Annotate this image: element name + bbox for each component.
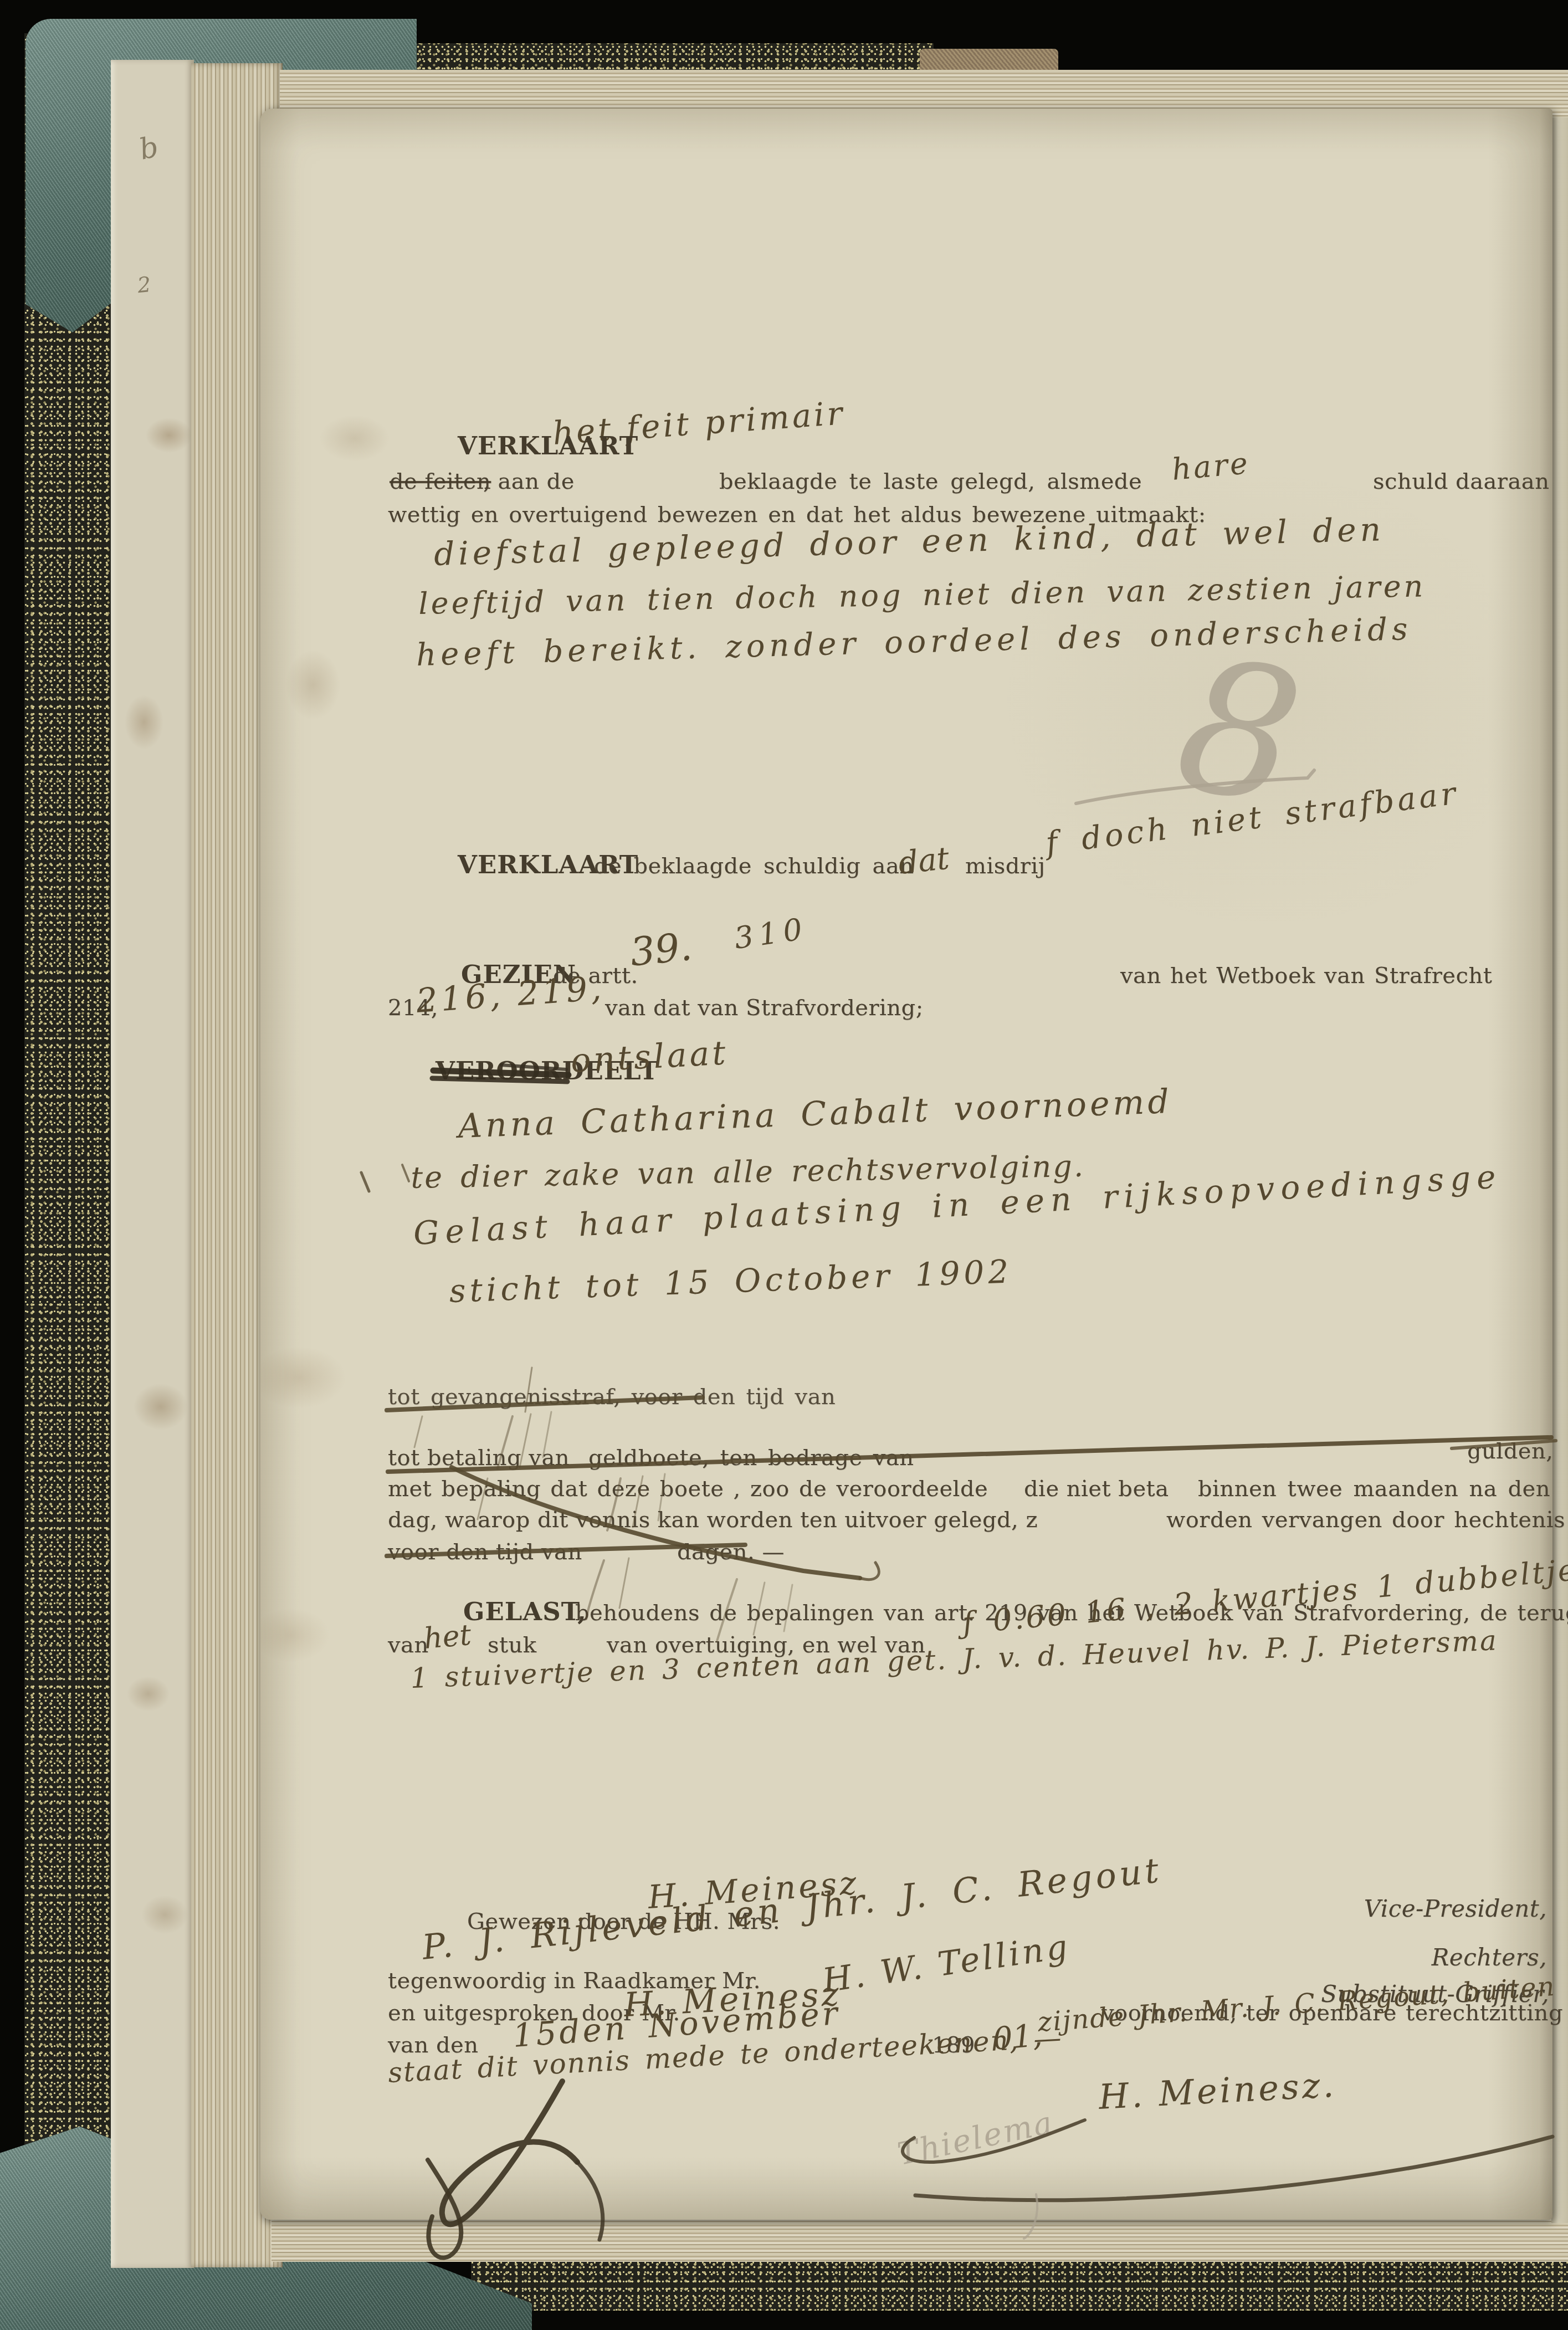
scanned-register-page: b 2 het feit primair VERKLAART de feiten…	[0, 0, 1568, 2330]
marbled-cover-bottom-strip	[471, 2256, 1568, 2311]
printed-vervangen-hechtenis: worden vervangen door hechtenis	[1166, 1507, 1565, 1533]
printed-van: van	[388, 1632, 429, 1658]
hw-dat: dat	[896, 841, 951, 882]
printed-stuk: stuk	[488, 1632, 537, 1658]
printed-met-bepaling: met bepaling dat deze boete , zoo de ver…	[388, 1476, 988, 1502]
printed-gulden: gulden,	[1467, 1438, 1553, 1464]
printed-beklaagde-te-laste: beklaagde te laste gelegd, alsmede	[719, 469, 1142, 494]
printed-gelast-label: GELAST,	[463, 1597, 587, 1626]
printed-wetboek-strafrecht: van het Wetboek van Strafrecht	[1120, 963, 1492, 989]
next-page-edge-right	[1551, 117, 1568, 2223]
printed-voor-den-tijd-struck: voor den tijd van	[388, 1539, 582, 1565]
hw-ontslaat: ontslaat	[570, 1033, 729, 1080]
hw-art-39: 39.	[628, 924, 694, 975]
printed-binnen-twee-maanden: binnen twee maanden na den	[1198, 1476, 1550, 1502]
hw-hare: hare	[1171, 445, 1252, 487]
printed-geldboete: geldboete, ten bedrage van	[588, 1445, 914, 1471]
hw-het: het	[423, 1619, 473, 1656]
printed-vice-president: Vice-President,	[1364, 1895, 1547, 1922]
printed-dagen-struck: dagen. —	[677, 1539, 785, 1565]
printed-de-feiten-struck: de feiten	[390, 469, 491, 494]
page-edges-bottom	[271, 2214, 1568, 2262]
margin-fragment-2: 2	[136, 272, 152, 298]
printed-schuld-daaraan: schuld daaraan	[1373, 469, 1549, 494]
printed-verklaart1-label: VERKLAART	[458, 431, 638, 460]
printed-tot-betaling: tot betaling van	[388, 1445, 570, 1471]
torn-flyleaf-strip	[111, 60, 194, 2268]
printed-die-niet-beta: die niet beta	[1024, 1476, 1169, 1502]
printed-rechters: Rechters,	[1432, 1944, 1547, 1971]
printed-dag-waarop: dag, waarop dit vonnis kan worden ten ui…	[388, 1507, 1038, 1533]
printed-misdrij: misdrij	[965, 853, 1046, 879]
marbled-cover-left-strip	[24, 33, 119, 2305]
printed-schuldig-aan: de beklaagde schuldig aan	[594, 853, 914, 879]
printed-gevangenisstraf-struck: tot gevangenisstraf, voor den tijd van	[388, 1384, 836, 1410]
printed-aan-de: , aan de	[483, 469, 575, 494]
printed-strafvordering: van dat van Strafvordering;	[605, 995, 924, 1021]
